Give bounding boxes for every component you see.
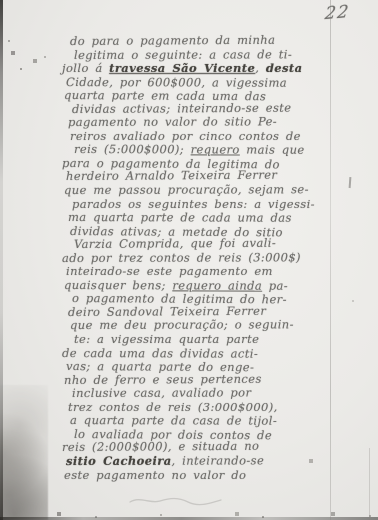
manuscript-line: sitio Cachoeira, inteirando-se: [66, 454, 322, 468]
underlined-phrase: requero: [191, 143, 240, 157]
text-segment: reis (2:000$000), e situada no: [62, 439, 259, 454]
emphasized-phrase: desta: [266, 61, 303, 75]
text-segment: que me deu procuração; o seguin-: [70, 318, 294, 333]
text-segment: trez contos de reis (3:000$000),: [68, 400, 278, 414]
underlined-phrase: requero ainda: [172, 278, 262, 292]
text-segment: Cidade, por 600$000, a vigessima: [66, 75, 287, 90]
manuscript-text: do para o pagamento da minhalegitima o s…: [60, 35, 322, 482]
pencil-squiggle-mark: [128, 493, 224, 507]
text-segment: inteirado-se este pagamento em: [66, 264, 273, 278]
manuscript-line: que me passou procuração, sejam se-: [64, 183, 322, 197]
text-segment: nho de ferro e seus pertences: [64, 371, 262, 386]
manuscript-line: jollo á travessa São Vicente, desta: [62, 62, 322, 76]
text-segment: do para o pagamento da minha: [70, 33, 275, 48]
manuscript-line: pagamento no valor do sitio Pe-: [68, 115, 322, 129]
text-segment: ma quarta parte de cada uma das: [68, 210, 292, 225]
text-segment: ,: [255, 61, 266, 75]
emphasized-phrase: sitio Cachoeira: [66, 454, 172, 468]
manuscript-line: legitima o seguinte: a casa de ti-: [74, 48, 322, 62]
page-number: 22: [324, 2, 351, 24]
text-segment: parados os seguintes bens: a vigessi-: [72, 197, 315, 211]
manuscript-line: do para o pagamento da minha: [70, 33, 322, 48]
scan-dirt-specks: [0, 0, 2, 2]
bottom-left-smudge: [0, 385, 48, 520]
text-segment: te: a vigessima quarta parte: [74, 332, 259, 346]
text-segment: reiros avaliado por cinco contos de: [70, 129, 301, 143]
text-segment: pa-: [262, 278, 288, 292]
text-segment: reis (5:000$000);: [74, 142, 191, 156]
text-segment: legitima o seguinte: a casa de ti-: [74, 47, 292, 62]
manuscript-line: inteirado-se este pagamento em: [66, 265, 322, 279]
text-segment: Varzia Comprida, que foi avali-: [74, 236, 276, 251]
text-segment: ado por trez contos de reis (3:000$): [62, 250, 301, 265]
vertical-fold-crease-right: [369, 448, 370, 520]
vertical-fold-crease: [330, 0, 331, 520]
manuscript-line: te: a vigessima quarta parte: [74, 333, 322, 347]
text-segment: de cada uma das dividas acti-: [62, 346, 258, 361]
text-segment: este pagamento no valor do: [64, 468, 246, 482]
text-segment: pagamento no valor do sitio Pe-: [68, 115, 277, 130]
text-segment: que me passou procuração, sejam se-: [64, 182, 309, 197]
text-segment: , inteirando-se: [172, 453, 265, 467]
text-segment: mais que: [240, 143, 305, 157]
text-segment: quaisquer bens;: [64, 278, 172, 292]
scanned-manuscript-page: 22 do para o pagamento da minhalegitima …: [0, 0, 378, 520]
text-segment: herdeiro Arnaldo Teixeira Ferrer: [66, 168, 277, 183]
manuscript-line: inclusive casa, avaliado por: [72, 386, 322, 400]
underlined-phrase: travessa São Vicente: [109, 61, 255, 75]
text-segment: a quarta parte da casa de tijol-: [70, 413, 277, 428]
text-segment: inclusive casa, avaliado por: [72, 386, 251, 401]
manuscript-line: este pagamento no valor do: [64, 469, 322, 483]
manuscript-line: que me deu procuração; o seguin-: [70, 319, 322, 333]
manuscript-line: parados os seguintes bens: a vigessi-: [72, 198, 322, 212]
stray-pen-mark: [349, 177, 351, 188]
text-segment: jollo á: [62, 61, 109, 75]
manuscript-line: ado por trez contos de reis (3:000$): [62, 251, 322, 265]
